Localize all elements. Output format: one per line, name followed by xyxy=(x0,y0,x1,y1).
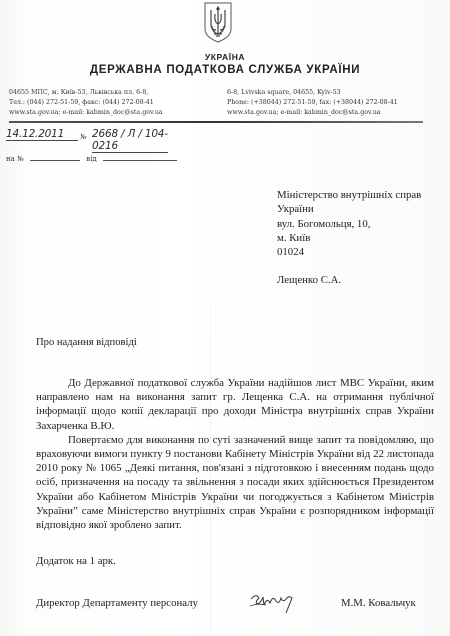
body-paragraph: Повертаємо для виконання по суті зазначе… xyxy=(36,433,434,532)
recipient-line: Міністерство внутрішніх справ xyxy=(277,188,421,202)
copy-to: Лещенко С.А. xyxy=(277,273,421,287)
agency-name: ДЕРЖАВНА ПОДАТКОВА СЛУЖБА УКРАЇНИ xyxy=(0,64,450,76)
phone-line: Phone: (+38044) 272-51-59, fax: (+38044)… xyxy=(227,98,398,108)
registration-number-label: № xyxy=(80,133,87,141)
letterhead-divider xyxy=(9,121,423,123)
trident-coat-of-arms-icon xyxy=(203,2,233,43)
address-line: 04655 МПС, м. Київ-53, Львівська пл. 6-8… xyxy=(9,88,163,98)
registration-number: 2668 / Л / 104-0216 xyxy=(92,128,168,153)
address-line: 6-8, Lvivska square, 04655, Kyiv-53 xyxy=(227,88,398,98)
recipient-line: м. Київ xyxy=(277,231,421,245)
address-ukrainian: 04655 МПС, м. Київ-53, Львівська пл. 6-8… xyxy=(9,88,163,118)
recipient-block: Міністерство внутрішніх справ України ву… xyxy=(277,188,421,288)
ref-number-label: на № xyxy=(6,155,24,163)
handwritten-signature-icon xyxy=(248,589,298,615)
phone-line: Тел.: (044) 272-51-59, факс: (044) 272-0… xyxy=(9,98,163,108)
web-email-line: www.sta.gov.ua; e-mail: kabmin_doc@sta.g… xyxy=(9,108,163,118)
recipient-line: 01024 xyxy=(277,245,421,259)
body-paragraph: До Державної податкової служба України н… xyxy=(36,376,434,433)
signature-block: Директор Департаменту персоналу М.М. Ков… xyxy=(36,597,436,617)
ref-number-blank xyxy=(30,153,80,161)
web-email-line: www.sta.gov.ua; e-mail: kabmin_doc@sta.g… xyxy=(227,108,398,118)
address-english: 6-8, Lvivska square, 04655, Kyiv-53 Phon… xyxy=(227,88,398,118)
reference-line: на № від xyxy=(6,153,177,163)
signatory-name: М.М. Ковальчук xyxy=(341,597,416,609)
letter-body: До Державної податкової служба України н… xyxy=(36,376,434,532)
attachment-note: Додаток на 1 арк. xyxy=(36,555,116,567)
letter-subject: Про надання відповіді xyxy=(36,337,137,348)
ref-date-blank xyxy=(103,153,177,161)
ref-date-label: від xyxy=(86,155,97,163)
country-heading: УКРАЇНА xyxy=(0,52,450,62)
registration-date: 14.12.2011 xyxy=(6,128,78,141)
recipient-line: вул. Богомольця, 10, xyxy=(277,217,421,231)
letter-page: УКРАЇНА ДЕРЖАВНА ПОДАТКОВА СЛУЖБА УКРАЇН… xyxy=(0,0,450,636)
recipient-line: України xyxy=(277,202,421,216)
signatory-title: Директор Департаменту персоналу xyxy=(36,597,198,609)
